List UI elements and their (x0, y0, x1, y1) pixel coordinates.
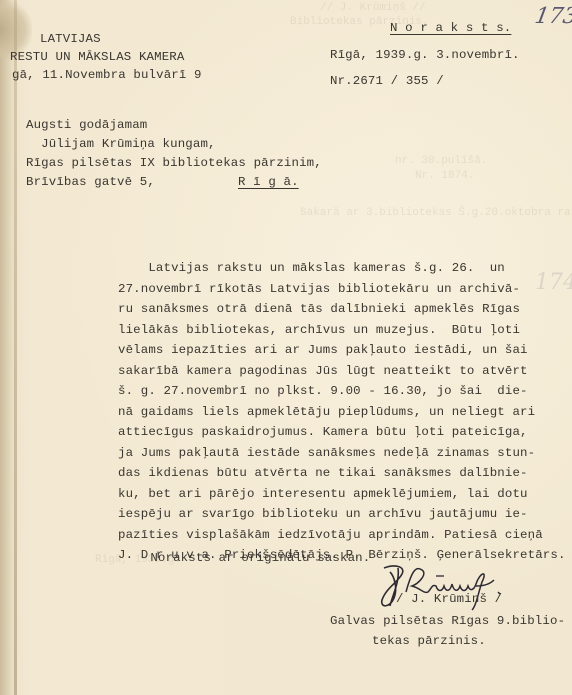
binding-edge (14, 0, 17, 695)
body-line: ru sanāksmes otrā dienā tās dalībnieki a… (118, 302, 520, 316)
bleed-through-text: // J. Krūmiņš // (320, 2, 426, 14)
reference-number: Nr.2671 / 355 / (330, 74, 444, 88)
bleed-through-text: Sakarā ar 3.bibliotekas Š.g.20.oktobra r… (300, 207, 572, 219)
letterhead-line-3: gā, 11.Novembra bulvārī 9 (12, 68, 202, 82)
place-date: Rīgā, 1939.g. 3.novembrī. (330, 48, 520, 62)
folio-bleed: 174 (535, 270, 572, 295)
body-line: pazīties visplašākām iedzīvotāju aprindā… (118, 528, 543, 542)
body-line: iespēju ar svarīgo biblioteku un archīvu… (118, 507, 528, 521)
document-page: // J. Krūmiņš // Bibliotekas pārzinis. n… (0, 0, 572, 695)
bleed-through-text: Nr. 1874. (415, 170, 474, 182)
body-line: nā gaidams liels apmeklētāju pieplūdums,… (118, 405, 535, 419)
addressee-city: R ī g ā. (238, 175, 299, 189)
addressee-line-1: Augsti godājamam (26, 118, 147, 132)
body-line: das ikdienas būtu atvērta ne tikai sanāk… (118, 466, 528, 480)
body-line: 27.novembrī rīkotās Latvijas bibliotekār… (118, 282, 520, 296)
addressee-line-2: Jūlijam Krūmiņa kungam, (26, 137, 216, 151)
body-line: Latvijas rakstu un mākslas kameras š.g. … (118, 261, 505, 275)
body-line: ku, bet ari pārējo interesentu apmeklēju… (118, 487, 528, 501)
letterhead-line-1: LATVIJAS (40, 32, 101, 46)
addressee-line-4: Brīvības gatvē 5, (26, 175, 155, 189)
letterhead-line-2: RESTU UN MĀKSLAS KAMERA (10, 50, 184, 64)
body-line: lielākās bibliotekas, archīvus un muzeju… (118, 323, 520, 337)
body-line: vēlams iepazīties ari ar Jums pakļauto i… (118, 343, 528, 357)
certification-note: Noraksts ar originālu saskan. (120, 551, 370, 565)
document-title: N o r a k s t s. (390, 21, 511, 35)
signatory-title-line-1: Galvas pilsētas Rīgas 9.biblio- (330, 614, 565, 628)
typed-signature: / J. Krūmiņš / (396, 592, 502, 606)
signatory-title-line-2: tekas pārzinis. (372, 634, 486, 648)
body-line: attiecīgus paskaidrojumus. Kamera būtu ļ… (118, 425, 528, 439)
folio-number: 173 (533, 4, 572, 29)
addressee-line-3: Rīgas pilsētas IX bibliotekas pārzinim, (26, 156, 322, 170)
body-line: sakarībā kamera pagodinas Jūs lūgt neatt… (118, 364, 528, 378)
body-line: š. g. 27.novembrī no plkst. 9.00 - 16.30… (118, 384, 528, 398)
body-line: ja Jums pakļautā iestāde sanāksmes nedeļ… (118, 446, 535, 460)
bleed-through-text: nr. 30.pulīšā. (395, 155, 487, 167)
